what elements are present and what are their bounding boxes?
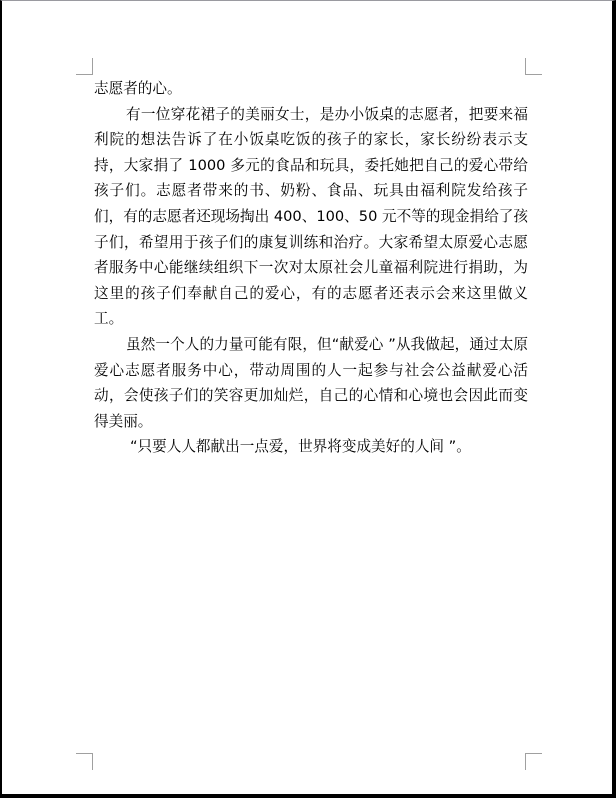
margin-corner-mark-bottom-right bbox=[525, 753, 542, 770]
document-page: 志愿者的心。 有一位穿花裙子的美丽女士，是办小饭桌的志愿者，把要来福利院的想法告… bbox=[0, 0, 616, 798]
paragraph-love-starts-with-me: 虽然一个人的力量可能有限，但“献爱心 ”从我做起，通过太原爱心志愿者服务中心，带… bbox=[94, 332, 528, 434]
paragraph-closing-quote: “只要人人都献出一点爱，世界将变成美好的人间 ”。 bbox=[94, 434, 528, 460]
paragraph-volunteer-donation: 有一位穿花裙子的美丽女士，是办小饭桌的志愿者，把要来福利院的想法告诉了在小饭桌吃… bbox=[94, 102, 528, 332]
margin-corner-mark-bottom-left bbox=[76, 753, 93, 770]
document-body[interactable]: 志愿者的心。 有一位穿花裙子的美丽女士，是办小饭桌的志愿者，把要来福利院的想法告… bbox=[94, 76, 528, 460]
margin-corner-mark-top-left bbox=[76, 58, 93, 75]
paragraph-continuation: 志愿者的心。 bbox=[94, 76, 528, 102]
margin-corner-mark-top-right bbox=[525, 58, 542, 75]
